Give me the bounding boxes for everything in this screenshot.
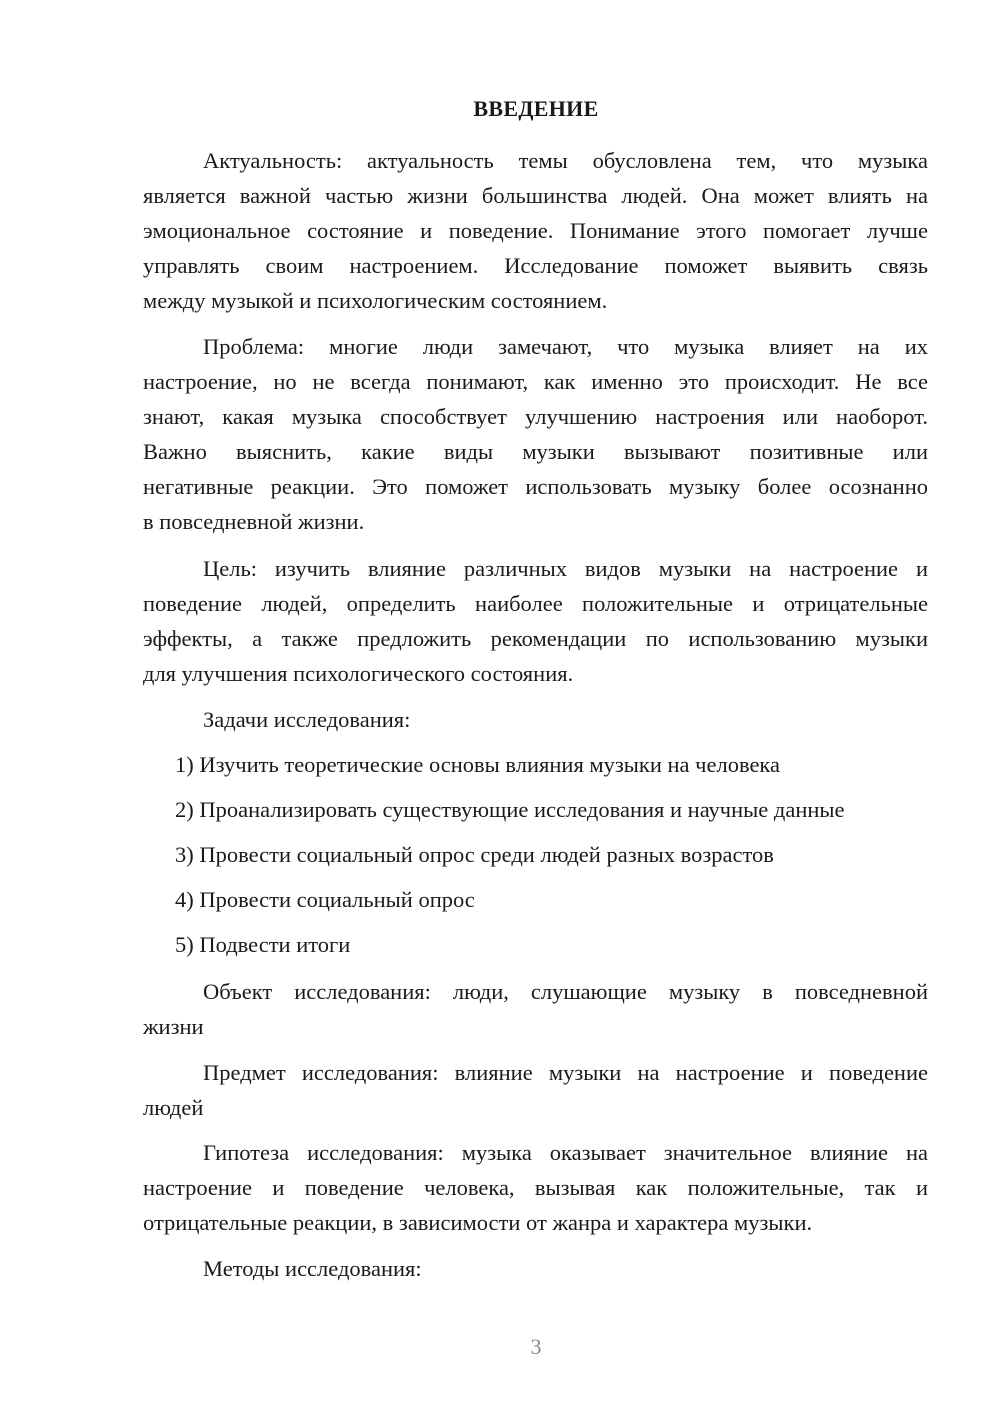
paragraph-line: людей	[143, 1090, 928, 1125]
tasks-heading: Задачи исследования:	[143, 702, 928, 737]
paragraph-line: Объект исследования: люди, слушающие муз…	[143, 974, 928, 1009]
paragraph-line: Проблема: многие люди замечают, что музы…	[143, 329, 928, 364]
paragraph-line: Важно выяснить, какие виды музыки вызыва…	[143, 434, 928, 469]
paragraph-line: отрицательные реакции, в зависимости от …	[143, 1205, 928, 1240]
methods-heading-block: Методы исследования:	[143, 1251, 928, 1286]
task-item-1: 1) Изучить теоретические основы влияния …	[175, 747, 780, 782]
task-item-5: 5) Подвести итоги	[175, 927, 350, 962]
paragraph-hypothesis: Гипотеза исследования: музыка оказывает …	[143, 1135, 928, 1240]
paragraph-subject: Предмет исследования: влияние музыки на …	[143, 1055, 928, 1125]
paragraph-line: поведение людей, определить наиболее пол…	[143, 586, 928, 621]
paragraph-relevance: Актуальность: актуальность темы обусловл…	[143, 143, 928, 318]
document-page: ВВЕДЕНИЕ Актуальность: актуальность темы…	[0, 0, 1000, 1414]
paragraph-line: является важной частью жизни большинства…	[143, 178, 928, 213]
task-item-3: 3) Провести социальный опрос среди людей…	[175, 837, 774, 872]
paragraph-line: эмоциональное состояние и поведение. Пон…	[143, 213, 928, 248]
task-item-4: 4) Провести социальный опрос	[175, 882, 475, 917]
page-number: 3	[0, 1334, 1000, 1360]
paragraph-problem: Проблема: многие люди замечают, что музы…	[143, 329, 928, 539]
paragraph-line: негативные реакции. Это поможет использо…	[143, 469, 928, 504]
task-item-2: 2) Проанализировать существующие исследо…	[175, 792, 845, 827]
paragraph-line: эффекты, а также предложить рекомендации…	[143, 621, 928, 656]
paragraph-line: настроение, но не всегда понимают, как и…	[143, 364, 928, 399]
paragraph-line: знают, какая музыка способствует улучшен…	[143, 399, 928, 434]
methods-heading: Методы исследования:	[143, 1251, 928, 1286]
paragraph-line: Предмет исследования: влияние музыки на …	[143, 1055, 928, 1090]
paragraph-line: настроение и поведение человека, вызывая…	[143, 1170, 928, 1205]
paragraph-line: для улучшения психологического состояния…	[143, 656, 928, 691]
paragraph-line: жизни	[143, 1009, 928, 1044]
paragraph-object: Объект исследования: люди, слушающие муз…	[143, 974, 928, 1044]
paragraph-line: в повседневной жизни.	[143, 504, 928, 539]
paragraph-line: Актуальность: актуальность темы обусловл…	[143, 143, 928, 178]
paragraph-line: управлять своим настроением. Исследовани…	[143, 248, 928, 283]
tasks-heading-block: Задачи исследования:	[143, 702, 928, 737]
paragraph-line: Цель: изучить влияние различных видов му…	[143, 551, 928, 586]
paragraph-goal: Цель: изучить влияние различных видов му…	[143, 551, 928, 691]
section-title: ВВЕДЕНИЕ	[0, 96, 1000, 122]
paragraph-line: Гипотеза исследования: музыка оказывает …	[143, 1135, 928, 1170]
paragraph-line: между музыкой и психологическим состояни…	[143, 283, 928, 318]
